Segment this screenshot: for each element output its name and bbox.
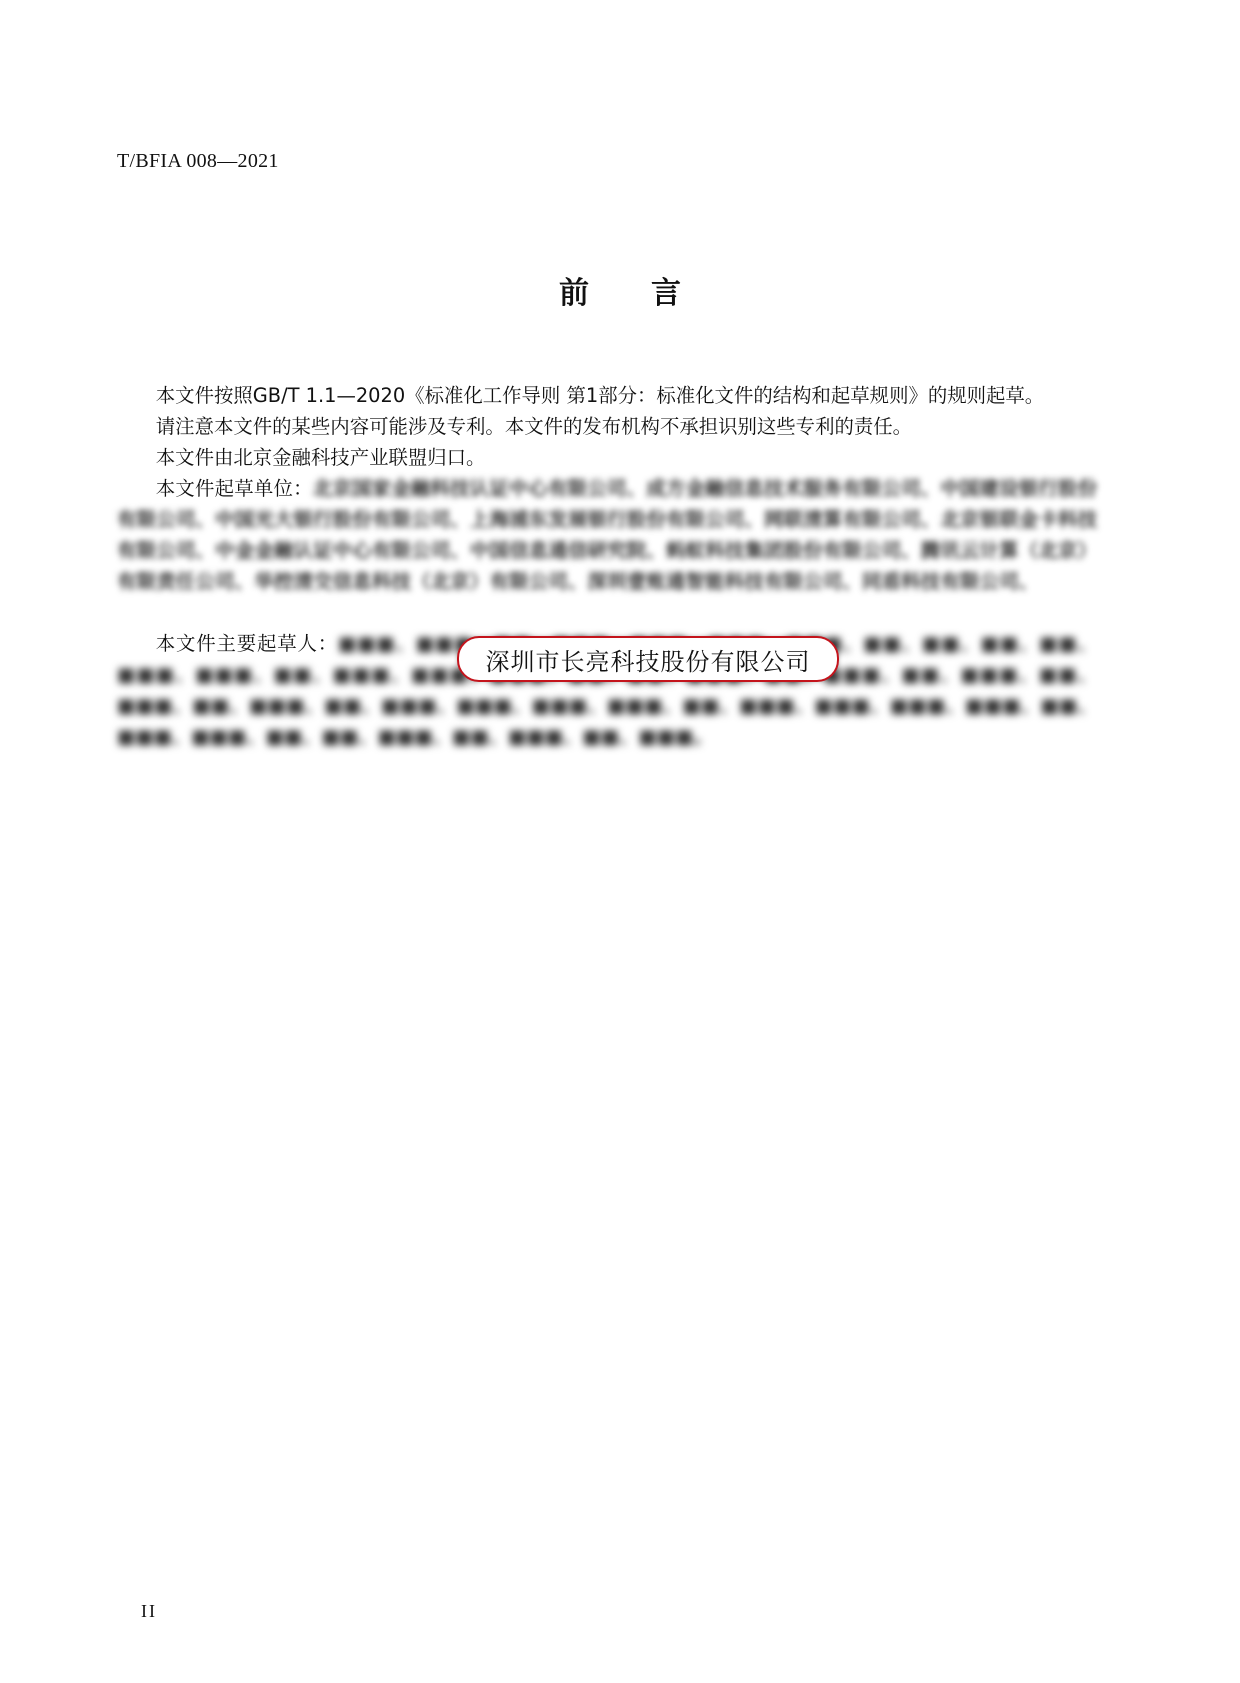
title-char-2: 言 [651,276,681,311]
paragraph-patent-notice: 请注意本文件的某些内容可能涉及专利。本文件的发布机构不承担识别这些专利的责任。 [117,411,1097,442]
page-number: II [141,1601,157,1622]
paragraph-drafting-rules: 本文件按照GB/T 1.1—2020《标准化工作导则 第1部分：标准化文件的结构… [117,380,1097,411]
paragraph-drafting-units: 本文件起草单位：北京国家金融科技认证中心有限公司、成方金融信息技术服务有限公司、… [117,473,1097,628]
highlighted-company-callout: 深圳市长亮科技股份有限公司 [457,636,839,682]
standard-code: T/BFIA 008—2021 [117,150,279,173]
page-title: 前言 [0,268,1240,312]
preface-body: 本文件按照GB/T 1.1—2020《标准化工作导则 第1部分：标准化文件的结构… [117,380,1097,752]
paragraph-responsible-org: 本文件由北京金融科技产业联盟归口。 [117,442,1097,473]
drafting-units-label: 本文件起草单位： [156,477,313,500]
drafters-label: 本文件主要起草人： [156,632,338,655]
title-char-1: 前 [559,276,589,311]
highlighted-company-name: 深圳市长亮科技股份有限公司 [486,642,811,677]
